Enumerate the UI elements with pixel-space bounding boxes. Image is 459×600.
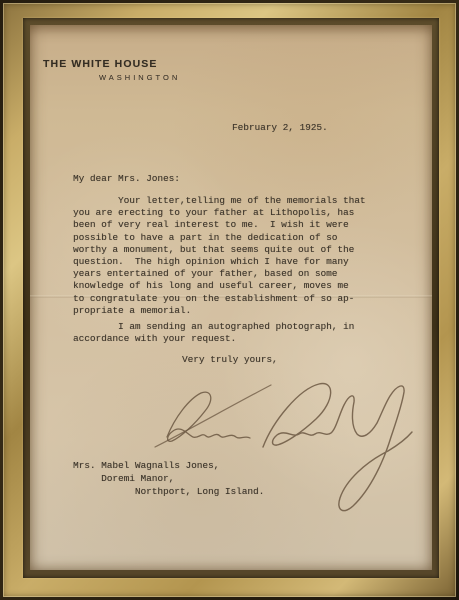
typed-line: years entertained of your father, based … — [73, 268, 366, 280]
framed-letter-photo: THE WHITE HOUSE WASHINGTON February 2, 1… — [0, 0, 459, 600]
signature-calvin-coolidge — [125, 375, 430, 525]
typed-line: propriate a memorial. — [73, 305, 366, 317]
body-paragraph-1: Your letter,telling me of the memorials … — [73, 195, 366, 317]
typed-line: knowledge of his long and useful career,… — [73, 280, 366, 292]
typed-line: accordance with your request. — [73, 333, 354, 345]
typed-line: worthy a monument, but that seems quite … — [73, 244, 366, 256]
typed-line: possible to have a part in the dedicatio… — [73, 232, 366, 244]
typed-line: you are erecting to your father at Litho… — [73, 207, 366, 219]
typed-line: Your letter,telling me of the memorials … — [73, 195, 366, 207]
recipient-address-block: Mrs. Mabel Wagnalls Jones, Doremi Manor,… — [73, 459, 264, 498]
typed-line: to congratulate you on the establishment… — [73, 293, 366, 305]
salutation: My dear Mrs. Jones: — [73, 173, 180, 184]
typed-line: question. The high opinion which I have … — [73, 256, 366, 268]
body-paragraph-2: I am sending an autographed photograph, … — [73, 321, 354, 345]
typed-line: I am sending an autographed photograph, … — [73, 321, 354, 333]
signature-flourish-stroke — [155, 385, 271, 447]
letterhead-subtitle: WASHINGTON — [99, 73, 180, 82]
closing-line: Very truly yours, — [182, 354, 278, 365]
signature-last-name-stroke — [263, 384, 412, 511]
typed-line: been of very real interest to me. I wish… — [73, 219, 366, 231]
recipient-line: Doremi Manor, — [73, 472, 264, 485]
recipient-line: Northport, Long Island. — [73, 485, 264, 498]
date-line: February 2, 1925. — [232, 122, 328, 133]
letter-paper: THE WHITE HOUSE WASHINGTON February 2, 1… — [30, 25, 432, 570]
recipient-line: Mrs. Mabel Wagnalls Jones, — [73, 459, 264, 472]
letterhead-title: THE WHITE HOUSE — [43, 58, 158, 70]
